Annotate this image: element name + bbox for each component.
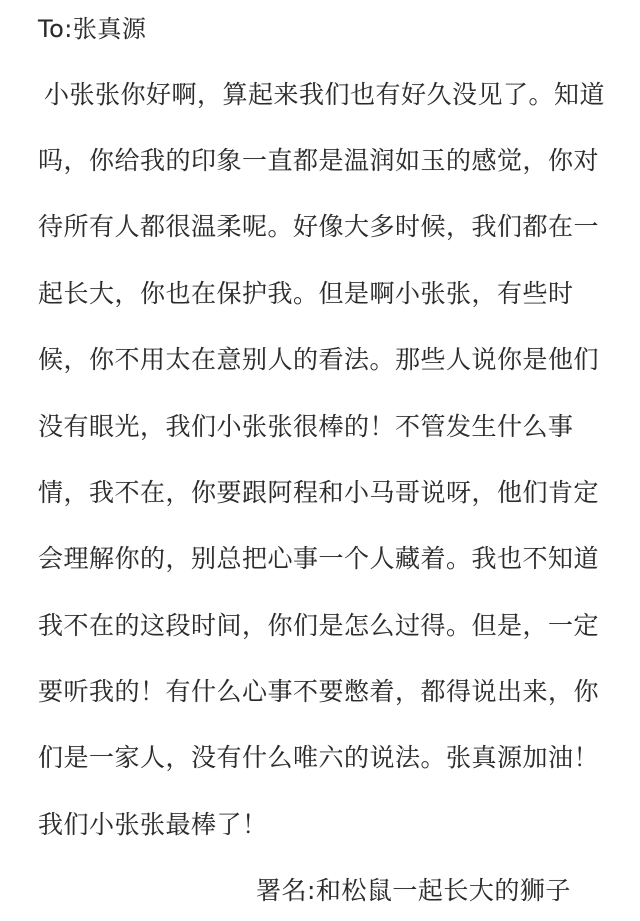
letter-body-line: 候，你不用太在意别人的看法。那些人说你是他们 xyxy=(0,325,640,391)
letter-body-line: 要听我的！有什么心事不要憋着，都得说出来，你 xyxy=(0,657,640,723)
letter-body-line: 起长大，你也在保护我。但是啊小张张，有些时 xyxy=(0,259,640,325)
letter-body-line: 吗，你给我的印象一直都是温润如玉的感觉，你对 xyxy=(0,126,640,192)
letter-body-line: 情，我不在，你要跟阿程和小马哥说呀，他们肯定 xyxy=(0,458,640,524)
letter-body-line: 们是一家人，没有什么唯六的说法。张真源加油！ xyxy=(0,723,640,789)
letter-body-line: 我们小张张最棒了！ xyxy=(0,790,640,856)
letter-body-line: 待所有人都很温柔呢。好像大多时候，我们都在一 xyxy=(0,192,640,258)
letter-body-line: 没有眼光，我们小张张很棒的！不管发生什么事 xyxy=(0,391,640,457)
letter-body-line: 我不在的这段时间，你们是怎么过得。但是，一定 xyxy=(0,591,640,657)
handwritten-letter: To:张真源 小张张你好啊，算起来我们也有好久没见了。知道 吗，你给我的印象一直… xyxy=(0,0,640,921)
letter-body-line: 会理解你的，别总把心事一个人藏着。我也不知道 xyxy=(0,524,640,590)
letter-body-line: 小张张你好啊，算起来我们也有好久没见了。知道 xyxy=(0,59,640,125)
signature-line: 署名:和松鼠一起长大的狮子 xyxy=(0,856,640,921)
recipient-line: To:张真源 xyxy=(0,0,640,59)
